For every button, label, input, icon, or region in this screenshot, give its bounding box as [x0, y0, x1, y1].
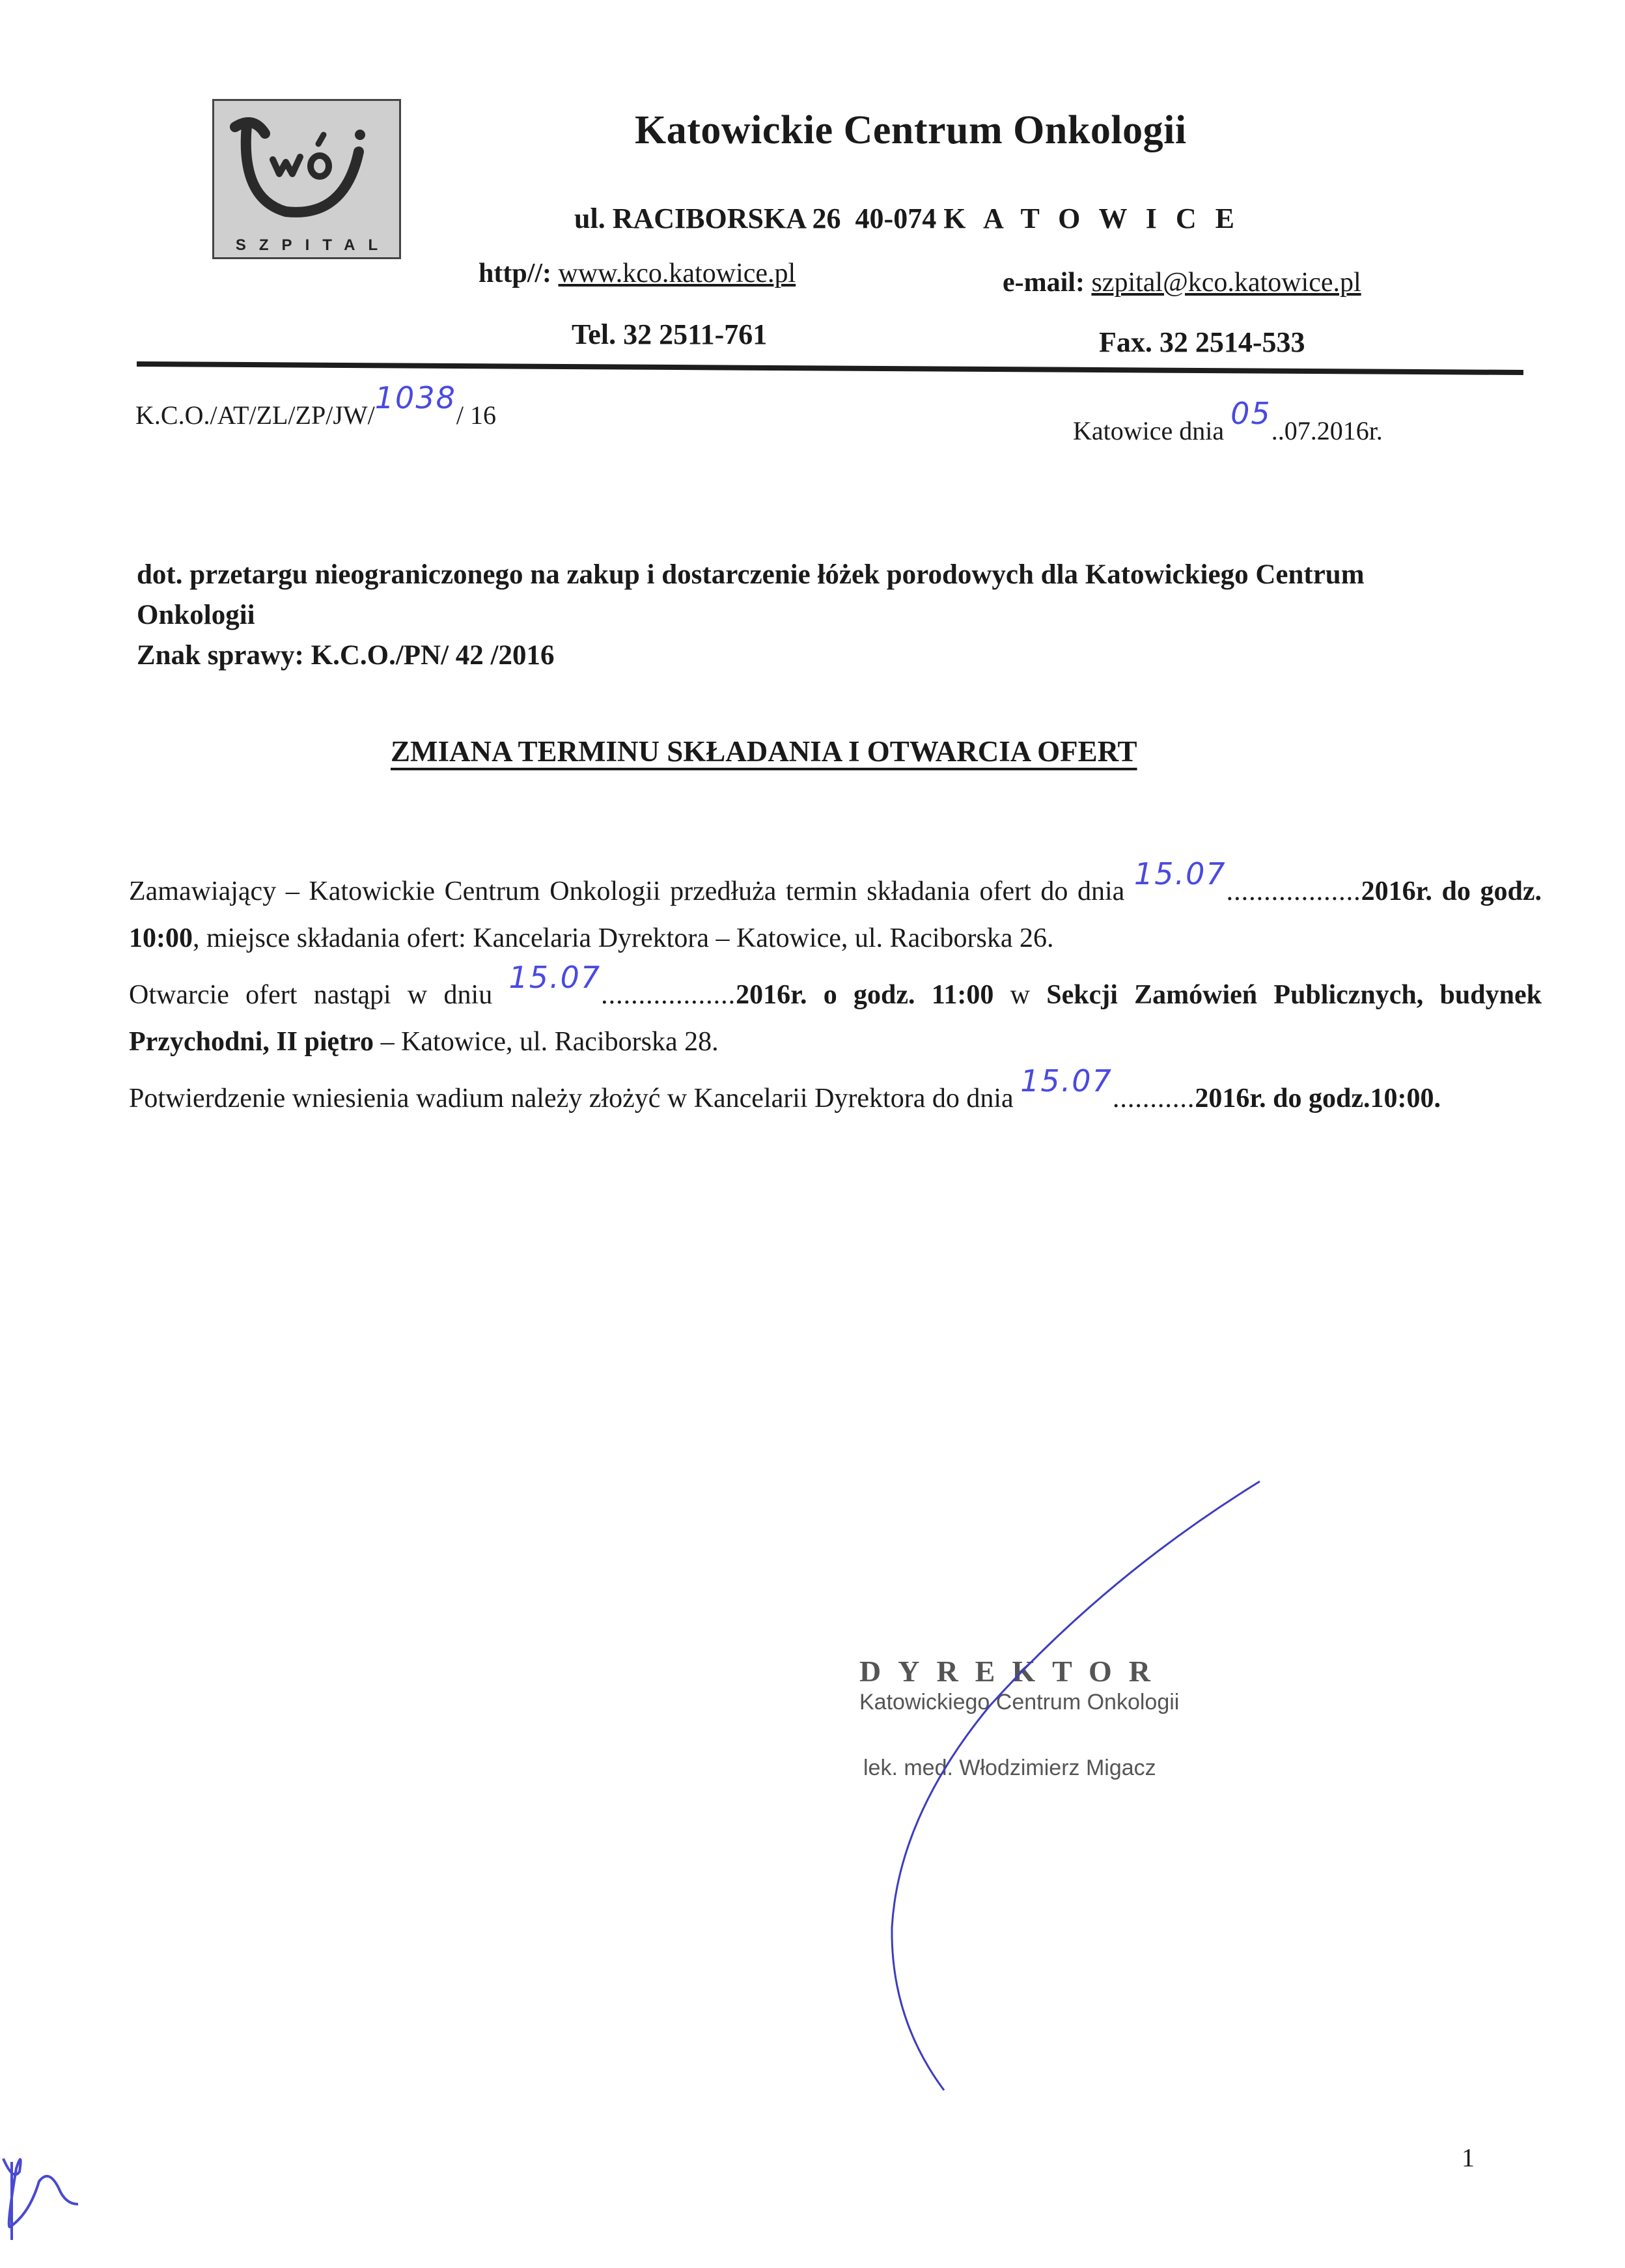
page-number: 1: [1462, 2142, 1475, 2173]
p3-deadline: 2016r. do godz.10:00.: [1195, 1084, 1441, 1113]
handwritten-signature-icon: [892, 1481, 1260, 2090]
website-line: http//: www.kco.katowice.pl: [479, 258, 796, 289]
p1-location: , miejsce składania ofert: Kancelaria Dy…: [193, 923, 1054, 953]
subject-line: dot. przetargu nieograniczonego na zakup…: [137, 555, 1406, 636]
date-prefix: Katowice dnia: [1073, 416, 1230, 445]
website-label: http//:: [479, 259, 551, 288]
p2-text: Otwarcie ofert nastąpi w dniu: [129, 980, 508, 1010]
document-body: Zamawiający – Katowickie Centrum Onkolog…: [129, 866, 1542, 1130]
email-link[interactable]: szpital@kco.katowice.pl: [1091, 268, 1361, 298]
address-line: ul. RACIBORSKA 26 40-074 K A T O W I C E: [574, 202, 1240, 235]
place-and-date: Katowice dnia 05..07.2016r.: [1073, 412, 1383, 447]
document-title: ZMIANA TERMINU SKŁADANIA I OTWARCIA OFER…: [391, 735, 1137, 768]
paragraph-deposit-confirmation: Potwierdzenie wniesienia wadium należy z…: [129, 1073, 1542, 1122]
handwritten-day: 05: [1230, 396, 1271, 431]
p3-text: Potwierdzenie wniesienia wadium należy z…: [129, 1084, 1020, 1113]
case-number: Znak sprawy: K.C.O./PN/ 42 /2016: [137, 636, 1504, 676]
address-city: K A T O W I C E: [943, 203, 1240, 234]
handwritten-reference-number: 1038: [375, 380, 456, 415]
signatory-organization: Katowickiego Centrum Onkologii: [859, 1690, 1250, 1715]
reference-prefix: K.C.O./AT/ZL/ZP/JW/: [135, 400, 375, 430]
address-postal: 40-074: [855, 203, 937, 234]
logo-caption: SZPITAL: [214, 236, 399, 255]
signatory-role: DYREKTOR: [859, 1654, 1250, 1688]
handwritten-date: 15.07: [1020, 1063, 1113, 1099]
reference-suffix: / 16: [456, 400, 496, 430]
address-street: ul. RACIBORSKA 26: [574, 203, 841, 234]
website-link[interactable]: www.kco.katowice.pl: [559, 259, 796, 288]
subject-block: dot. przetargu nieograniczonego na zakup…: [137, 555, 1504, 676]
institution-name: Katowickie Centrum Onkologii: [635, 107, 1187, 154]
handwritten-initials-icon: [3, 2159, 78, 2240]
p2-connector: w: [993, 980, 1046, 1010]
handwriting-layer: [0, 0, 1625, 2268]
reference-number: K.C.O./AT/ZL/ZP/JW/1038/ 16: [135, 396, 496, 431]
signatory-name: lek. med. Włodzimierz Migacz: [859, 1756, 1250, 1781]
twoj-szpital-logo-icon: [214, 101, 399, 257]
hospital-logo: SZPITAL: [212, 99, 401, 259]
date-blank: ...........: [1113, 1084, 1195, 1113]
handwritten-date: 15.07: [1134, 856, 1227, 891]
p1-text: Zamawiający – Katowickie Centrum Onkolog…: [129, 876, 1134, 906]
handwritten-date: 15.07: [508, 960, 601, 995]
email-label: e-mail:: [1003, 268, 1085, 298]
paragraph-opening-date: Otwarcie ofert nastąpi w dniu 15.07.....…: [129, 970, 1542, 1065]
date-blank: ..................: [1227, 876, 1361, 906]
date-suffix: ..07.2016r.: [1271, 416, 1383, 445]
signature-stamp: DYREKTOR Katowickiego Centrum Onkologii …: [859, 1654, 1250, 1781]
p2-address: – Katowice, ul. Raciborska 28.: [374, 1027, 719, 1057]
date-blank: ..................: [601, 980, 736, 1010]
header-divider: [137, 361, 1523, 375]
fax: Fax. 32 2514-533: [1099, 326, 1305, 359]
p2-opening-time: 2016r. o godz. 11:00: [736, 980, 993, 1010]
email-line: e-mail: szpital@kco.katowice.pl: [1003, 267, 1361, 298]
paragraph-submission-deadline: Zamawiający – Katowickie Centrum Onkolog…: [129, 866, 1542, 962]
telephone: Tel. 32 2511-761: [572, 318, 767, 351]
